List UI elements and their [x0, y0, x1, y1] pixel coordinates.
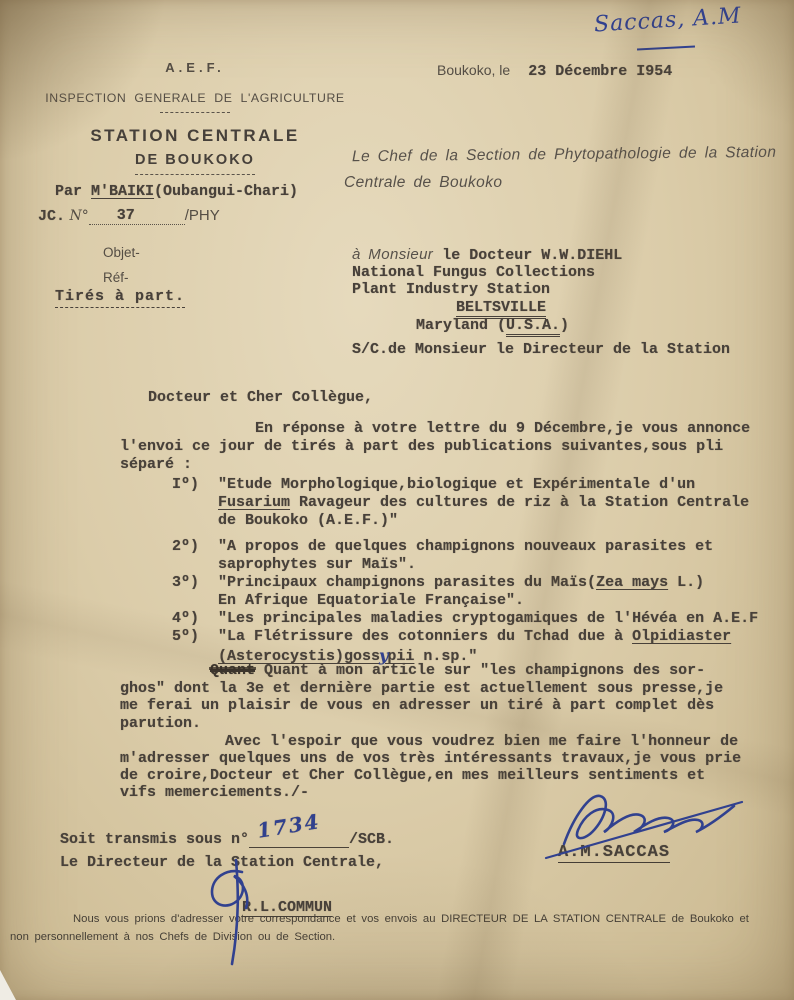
- text-line: L.): [668, 574, 704, 591]
- latin-name: Olpidiaster: [632, 628, 731, 645]
- text-line: m'adresser quelques uns de vos très inté…: [120, 750, 780, 767]
- objet-label: Objet-: [103, 245, 140, 260]
- list-item-4: 4º) "Les principales maladies cryptogami…: [172, 610, 784, 628]
- ref-phy: /PHY: [185, 207, 220, 224]
- text-line: Avec l'espoir que vous voudrez bien me f…: [225, 733, 780, 750]
- text-line: "Etude Morphologique,biologique et Expér…: [218, 476, 749, 494]
- letterhead-divider: [160, 112, 230, 113]
- list-item-text: "Les principales maladies cryptogamiques…: [218, 610, 758, 628]
- text-line: Ravageur des cultures de riz à la Statio…: [290, 494, 749, 511]
- latin-name: Fusarium: [218, 494, 290, 511]
- commun-initials-signature: [186, 856, 278, 968]
- text-line: l'envoi ce jour de tirés à part des publ…: [120, 438, 780, 456]
- care-of-line: S/C.de Monsieur le Directeur de la Stati…: [352, 341, 730, 358]
- list-item-number: 5º): [172, 628, 218, 666]
- ref-number: 37: [117, 207, 135, 224]
- date-place: Boukoko, le: [437, 62, 510, 78]
- paper-corner-tear: [0, 970, 16, 1000]
- list-item-number: 3º): [172, 574, 218, 610]
- transmission-suffix: /SCB.: [349, 831, 394, 848]
- list-item-number: Iº): [172, 476, 218, 530]
- text-line: parution.: [120, 715, 780, 733]
- footer-line2: non personnellement à nos Chefs de Divis…: [10, 931, 335, 943]
- text-line: En Afrique Equatoriale Française".: [218, 592, 704, 610]
- text-line: "Les principales maladies cryptogamiques…: [218, 610, 758, 628]
- list-item-3: 3º) "Principaux champignons parasites du…: [172, 574, 784, 610]
- par-suffix: (Oubangui-Chari): [154, 183, 298, 200]
- addressee-name: le Docteur W.W.DIEHL: [433, 247, 622, 264]
- handwritten-annotation: Saccas, A.M: [593, 4, 742, 38]
- list-item-number: 4º): [172, 610, 218, 628]
- ref-label: Réf-: [103, 270, 129, 285]
- salutation: Docteur et Cher Collègue,: [148, 389, 373, 406]
- text-line: "Principaux champignons parasites du Maï…: [218, 574, 596, 591]
- transmission-line: Soit transmis sous n°1734/SCB.: [60, 831, 394, 848]
- letterhead-station-line2: DE BOUKOKO: [0, 152, 390, 168]
- footer-line1: Nous vous prions d'adresser votre corres…: [73, 913, 749, 925]
- sender-stamp-line2: Centrale de Boukoko: [344, 174, 502, 192]
- addressee-to-prefix: à Monsieur: [352, 246, 433, 263]
- annotation-underline-stroke: [637, 45, 695, 50]
- text-line: Quant à mon article sur "les champignons…: [264, 662, 705, 679]
- letterhead-department: INSPECTION GENERALE DE L'AGRICULTURE: [0, 91, 390, 105]
- transmission-number-cell: 1734: [249, 831, 349, 848]
- text-line: "A propos de quelques champignons nouvea…: [218, 538, 713, 556]
- saccas-signature: [538, 782, 758, 867]
- addressee-country: U.S.A.: [506, 317, 560, 337]
- addressee-line: Plant Industry Station: [352, 281, 622, 298]
- letterhead-par-line: Par M'BAIKI(Oubangui-Chari): [55, 183, 298, 200]
- dateline: Boukoko, le 23 Décembre I954: [437, 62, 672, 80]
- par-place: M'BAIKI: [91, 183, 154, 200]
- list-item-1: Iº) "Etude Morphologique,biologique et E…: [172, 476, 784, 530]
- list-item-text: "La Flétrissure des cotonniers du Tchad …: [218, 628, 731, 666]
- text-line: séparé :: [120, 456, 780, 474]
- text-line: saprophytes sur Maïs".: [218, 556, 713, 574]
- latin-name: Zea mays: [596, 574, 668, 591]
- text-line: de Boukoko (A.E.F.)": [218, 512, 749, 530]
- letterhead-org: A.E.F.: [0, 60, 390, 75]
- publication-list: Iº) "Etude Morphologique,biologique et E…: [172, 476, 784, 666]
- addressee-line: National Fungus Collections: [352, 264, 622, 281]
- addressee-state-close: ): [560, 317, 569, 334]
- letterhead-divider-2: [135, 174, 255, 175]
- paragraph-1: En réponse à votre lettre du 9 Décembre,…: [120, 420, 780, 474]
- sender-stamp-line1: Le Chef de la Section de Phytopathologie…: [352, 144, 776, 166]
- text-line: ghos" dont la 3e et dernière partie est …: [120, 680, 780, 698]
- ref-jc: JC.: [38, 208, 65, 225]
- list-item-number: 2º): [172, 538, 218, 574]
- text-line: me ferai un plaisir de vous en adresser …: [120, 697, 780, 715]
- text-line: En réponse à votre lettre du 9 Décembre,…: [255, 420, 780, 438]
- letterhead-station-line1: STATION CENTRALE: [0, 126, 390, 146]
- subject-line: Tirés à part.: [55, 288, 185, 308]
- letter-page: Saccas, A.M A.E.F. INSPECTION GENERALE D…: [0, 0, 794, 1000]
- letterhead-ref-line: JC. N°37/PHY: [38, 207, 220, 225]
- paragraph-2: Quant Quant à mon article sur "les champ…: [120, 662, 780, 732]
- list-item-2: 2º) "A propos de quelques champignons no…: [172, 538, 784, 574]
- transmission-prefix: Soit transmis sous n°: [60, 831, 249, 848]
- ref-number-cell: 37: [89, 208, 185, 225]
- list-item-text: "Principaux champignons parasites du Maï…: [218, 574, 704, 610]
- date-value: 23 Décembre I954: [528, 63, 672, 80]
- list-item-text: "Etude Morphologique,biologique et Expér…: [218, 476, 749, 530]
- text-line: "La Flétrissure des cotonniers du Tchad …: [218, 628, 632, 645]
- ref-no-label: N°: [69, 208, 88, 224]
- addressee-block: à Monsieur le Docteur W.W.DIEHL National…: [352, 246, 622, 334]
- struck-out-word: Quant: [210, 662, 255, 679]
- list-item-text: "A propos de quelques champignons nouvea…: [218, 538, 713, 574]
- par-prefix: Par: [55, 183, 91, 200]
- addressee-state: Maryland (: [416, 317, 506, 334]
- list-item-5: 5º) "La Flétrissure des cotonniers du Tc…: [172, 628, 784, 666]
- handwritten-number: 1734: [256, 809, 323, 843]
